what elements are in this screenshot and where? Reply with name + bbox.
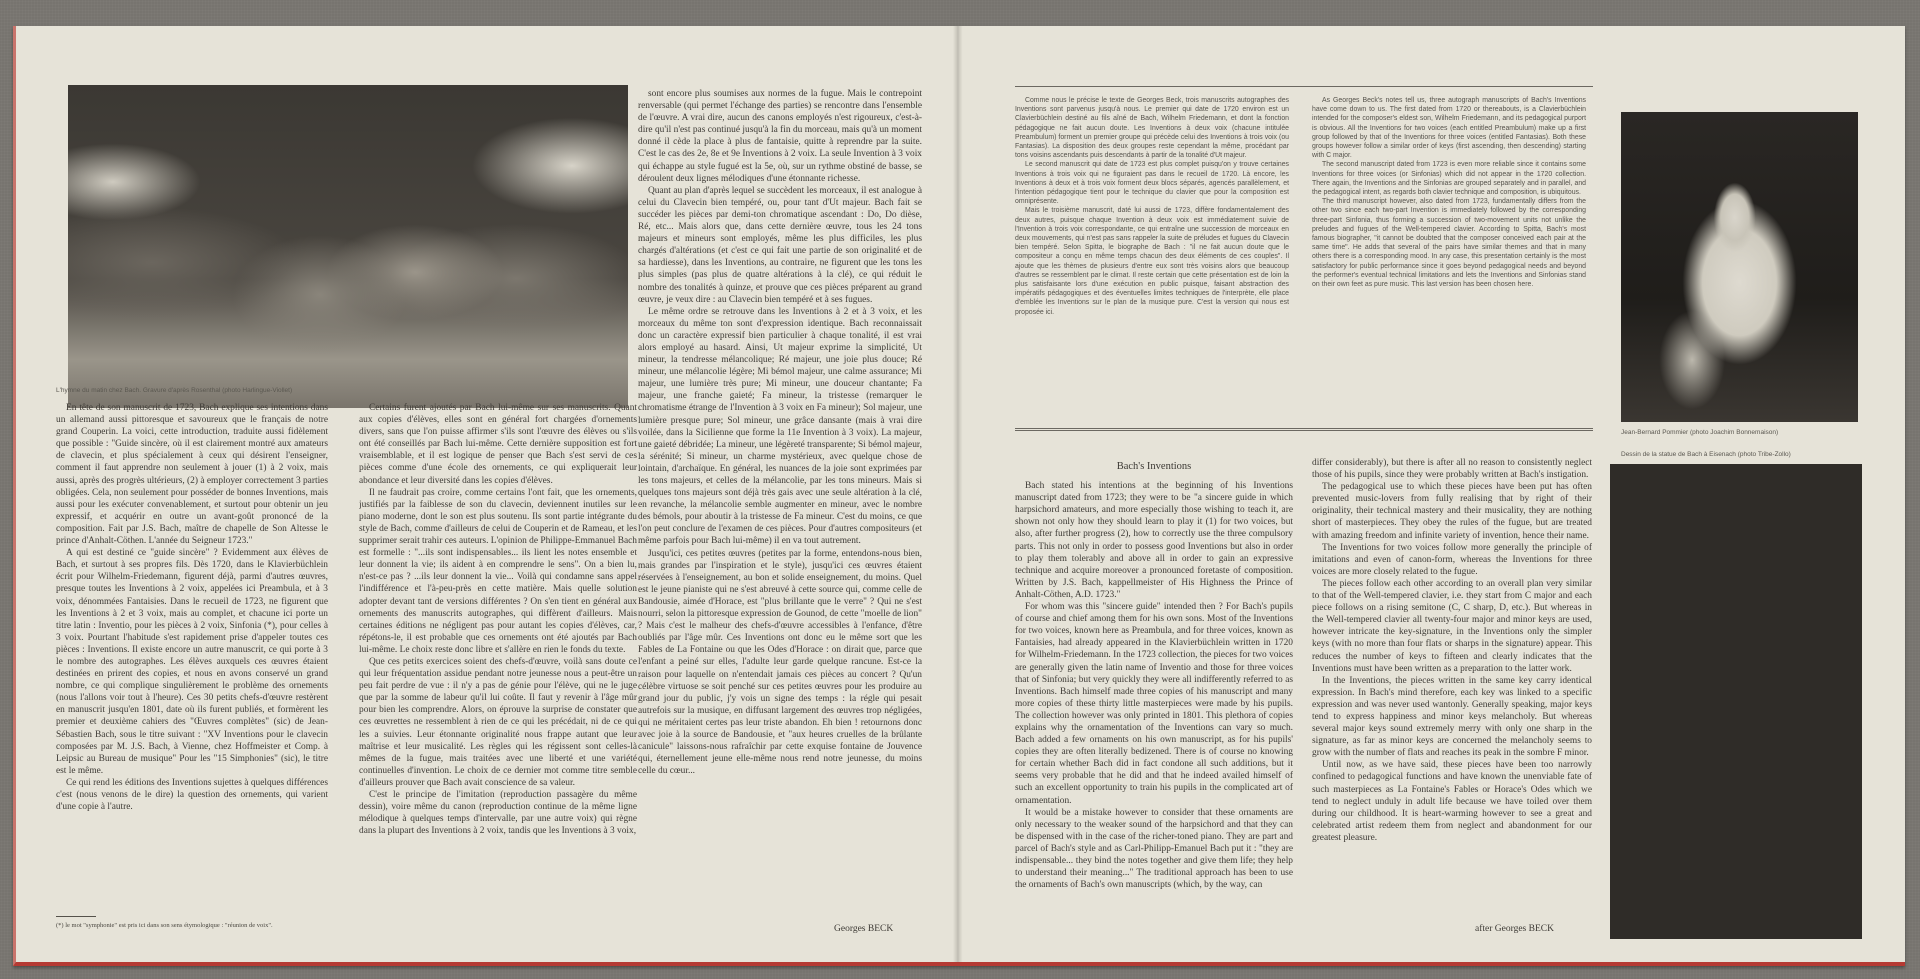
paragraph: Quant au plan d'après lequel se succèden… xyxy=(638,185,922,306)
paragraph: Que ces petits exercices soient des chef… xyxy=(359,656,637,789)
paragraph: Il ne faudrait pas croire, comme certain… xyxy=(359,487,637,656)
drawing-bach-statue-eisenach xyxy=(1610,464,1862,939)
footnote: (*) le mot "symphonie" est pris ici dans… xyxy=(56,922,326,930)
statue-caption: Dessin de la statue de Bach à Eisenach (… xyxy=(1621,451,1791,458)
paragraph: Jusqu'ici, ces petites œuvres (petites p… xyxy=(638,548,922,778)
english-intro-column: As Georges Beck's notes tell us, three a… xyxy=(1312,96,1586,418)
paragraph: As Georges Beck's notes tell us, three a… xyxy=(1312,96,1586,160)
paragraph: The pieces follow each other according t… xyxy=(1312,578,1592,675)
photo-jean-bernard-pommier xyxy=(1621,112,1858,422)
paragraph: The Inventions for two voices follow mor… xyxy=(1312,542,1592,578)
paragraph: In the Inventions, the pieces written in… xyxy=(1312,675,1592,760)
paragraph: Bach stated his intentions at the beginn… xyxy=(1015,480,1293,601)
paragraph: Ce qui rend les éditions des Inventions … xyxy=(56,777,328,813)
paragraph: Until now, as we have said, these pieces… xyxy=(1312,759,1592,844)
english-column-2: differ considerably), but there is after… xyxy=(1312,457,1592,925)
paragraph: Certains furent ajoutés par Bach lui-mêm… xyxy=(359,402,637,487)
paragraph: For whom was this "sincere guide" intend… xyxy=(1015,601,1293,807)
french-column-1: En tête de son manuscrit de 1723, Bach e… xyxy=(56,402,328,860)
french-intro-column: Comme nous le précise le texte de George… xyxy=(1015,96,1289,418)
double-rule-divider xyxy=(1015,428,1593,431)
signature-georges-beck: Georges BECK xyxy=(834,924,893,934)
paragraph: The pedagogical use to which these piece… xyxy=(1312,481,1592,541)
paragraph: En tête de son manuscrit de 1723, Bach e… xyxy=(56,402,328,547)
paragraph: sont encore plus soumises aux normes de … xyxy=(638,88,922,185)
english-column-1: Bach's Inventions Bach stated his intent… xyxy=(1015,459,1293,949)
portrait-caption: Jean-Bernard Pommier (photo Joachim Bonn… xyxy=(1621,429,1778,436)
paragraph: A qui est destiné ce "guide sincère" ? E… xyxy=(56,547,328,777)
paragraph: Le même ordre se retrouve dans les Inven… xyxy=(638,306,922,548)
paragraph: C'est le principe de l'imitation (reprod… xyxy=(359,789,637,837)
paragraph: Comme nous le précise le texte de George… xyxy=(1015,96,1289,160)
french-column-3: sont encore plus soumises aux normes de … xyxy=(638,88,922,928)
left-page: L'hymne du matin chez Bach. Gravure d'ap… xyxy=(16,26,953,962)
engraving-caption: L'hymne du matin chez Bach. Gravure d'ap… xyxy=(56,387,292,394)
top-rule xyxy=(1015,86,1593,87)
paragraph: Mais le troisième manuscrit, daté lui au… xyxy=(1015,206,1289,316)
gatefold-sheet: L'hymne du matin chez Bach. Gravure d'ap… xyxy=(13,26,1905,966)
footnote-rule xyxy=(56,916,96,917)
paragraph: It would be a mistake however to conside… xyxy=(1015,807,1293,892)
paragraph: Le second manuscrit qui date de 1723 est… xyxy=(1015,160,1289,206)
spine-fold xyxy=(953,26,963,962)
paragraph: The second manuscript dated from 1723 is… xyxy=(1312,160,1586,197)
right-page: Comme nous le précise le texte de George… xyxy=(963,26,1908,962)
signature-after-georges-beck: after Georges BECK xyxy=(1475,924,1554,934)
engraving-image-bach-household xyxy=(68,85,628,408)
paragraph: differ considerably), but there is after… xyxy=(1312,457,1592,481)
section-heading: Bach's Inventions xyxy=(1015,461,1293,473)
paragraph: The third manuscript however, also dated… xyxy=(1312,197,1586,289)
french-column-2: Certains furent ajoutés par Bach lui-mêm… xyxy=(359,402,637,942)
